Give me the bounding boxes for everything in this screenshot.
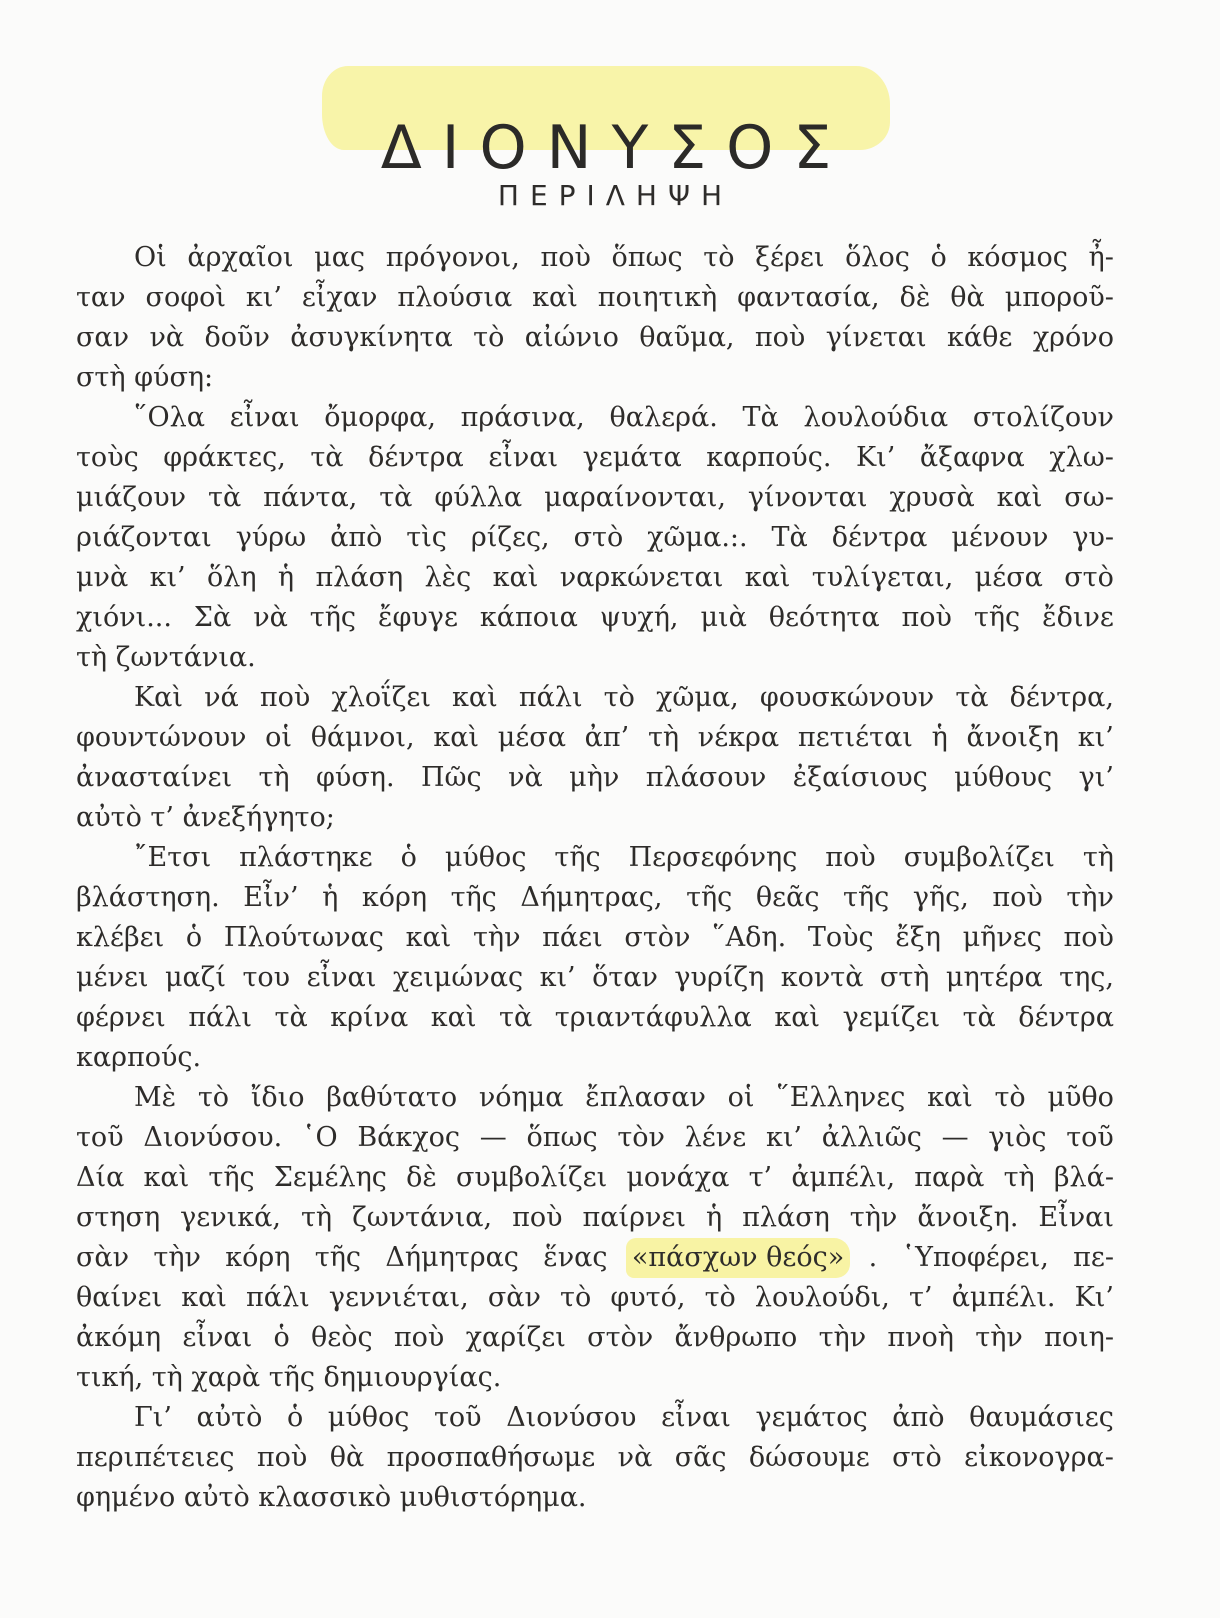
word: τὶς (406, 518, 447, 558)
word: ἄνοιξη (967, 718, 1060, 758)
word: ὅταν (592, 958, 658, 998)
word: πετιέται (798, 718, 913, 758)
word: στηση (76, 1198, 160, 1238)
word: μιὰ (700, 598, 746, 638)
highlighted-phrase: «πάσχων θεός» (626, 1238, 850, 1278)
word: πλάστηκε (239, 838, 373, 878)
word: ὅπως (526, 1118, 597, 1158)
word: παίρνει (583, 1198, 686, 1238)
word: λουλούδι, (755, 1278, 890, 1318)
word: καὶ (144, 1158, 190, 1198)
text-line: Οἱἀρχαῖοιμαςπρόγονοι,ποὺὅπωςτὸξέρειὅλοςὁ… (76, 238, 1114, 278)
word: καρπούς. (706, 438, 831, 478)
word: τὰ (963, 998, 996, 1038)
word: πάλι (519, 678, 583, 718)
text-line: ῎ΕτσιπλάστηκεὁμύθοςτῆςΠερσεφόνηςποὺσυμβο… (76, 838, 1114, 878)
word: κάποια (480, 598, 578, 638)
word: εἰκονογρα- (964, 1438, 1114, 1478)
word: ποὺ (755, 318, 805, 358)
word: τὸ (703, 238, 734, 278)
word: τὰ (499, 998, 532, 1038)
word: δέντρα (368, 438, 464, 478)
word: μύθος (445, 838, 527, 878)
word: ἀμπέλι. (952, 1278, 1056, 1318)
word: φύλλα (434, 478, 522, 518)
word: ποὺ (394, 1318, 444, 1358)
word: δὲ (406, 1158, 437, 1198)
word: ποιητικὴ (598, 278, 717, 318)
summary-body: Οἱἀρχαῖοιμαςπρόγονοι,ποὺὅπωςτὸξέρειὅλοςὁ… (76, 238, 1114, 1518)
word: ἄξαφνα (920, 438, 1025, 478)
word: τὴ (1083, 838, 1114, 878)
word: οἱ (265, 718, 292, 758)
word: ὅλη (207, 558, 257, 598)
word: πάντα, (263, 478, 357, 518)
word: Διονύσου. (143, 1118, 282, 1158)
word: ὁ (930, 238, 946, 278)
word: Περσεφόνης (629, 838, 798, 878)
word: ἐξαίσιους (793, 758, 928, 798)
word: θὰ (330, 1438, 365, 1478)
word: τὴ (1004, 1158, 1035, 1198)
word: περιπέτειες (76, 1438, 235, 1478)
word: καὶ (433, 718, 479, 758)
word: λὲς (425, 558, 472, 598)
word: Εἶναι (1038, 1198, 1114, 1238)
word: τὸ (473, 318, 504, 358)
word: Πλούτωνας (224, 918, 384, 958)
word: εἶναι (230, 398, 300, 438)
word: ψυχή, (600, 598, 679, 638)
text-line: χιόνι...Σὰνὰτῆςἔφυγεκάποιαψυχή,μιὰθεότητ… (76, 598, 1114, 638)
word: σὰν (76, 1238, 129, 1278)
word: εἶναι (661, 1398, 731, 1438)
word: τοῦ (434, 1398, 482, 1438)
word: φουντώνουν (76, 718, 246, 758)
word: ὁ (273, 1318, 289, 1358)
word: μύθος (328, 1398, 410, 1438)
word: εἶναι (307, 958, 377, 998)
word: συμβολίζει (904, 838, 1055, 878)
word: ποὺ (257, 1438, 307, 1478)
word: μύθους (954, 758, 1052, 798)
word: σαν (76, 318, 129, 358)
word: μένει (76, 958, 149, 998)
word: του (242, 958, 290, 998)
word: ποὺ (992, 878, 1042, 918)
paragraph: Οἱἀρχαῖοιμαςπρόγονοι,ποὺὅπωςτὸξέρειὅλοςὁ… (76, 238, 1114, 398)
word: σὰν (488, 1278, 541, 1318)
word: Βάκχος (357, 1118, 460, 1158)
word: — (942, 1118, 969, 1158)
word: τὸ (198, 1078, 229, 1118)
word: δὲ (900, 278, 931, 318)
word: χλω- (1049, 438, 1114, 478)
word: κι’ (150, 558, 186, 598)
word: ποὺ (260, 678, 310, 718)
word: καὶ (181, 1278, 227, 1318)
word: τῆς (315, 1238, 361, 1278)
word: χιόνι... (76, 598, 172, 638)
word: λένε (685, 1118, 747, 1158)
word: σω- (1064, 478, 1114, 518)
word: νὰ (253, 598, 288, 638)
paragraph: ῎ΕτσιπλάστηκεὁμύθοςτῆςΠερσεφόνηςποὺσυμβο… (76, 838, 1114, 1078)
word: γεμάτος (755, 1398, 867, 1438)
word: γυρίζη (674, 958, 764, 998)
word: πάλι (188, 998, 252, 1038)
word: τὴν (473, 918, 521, 958)
word: κλέβει (76, 918, 164, 958)
word: ῎Ετσι (134, 838, 211, 878)
word: πρόγονοι, (386, 238, 520, 278)
text-line: φουντώνουνοἱθάμνοι,καὶμέσαἀπ’τὴνέκραπετι… (76, 718, 1114, 758)
word: καὶ (431, 998, 477, 1038)
word: ῾Ο (302, 1118, 338, 1158)
word: φουσκώνουν (760, 678, 934, 718)
word: τῆς (554, 838, 600, 878)
word: θαίνει (76, 1278, 162, 1318)
word: τῆς (686, 878, 732, 918)
word: ποιη- (1044, 1318, 1114, 1358)
word: Οἱ (134, 238, 167, 278)
word: εἶχαν (302, 278, 378, 318)
word: οἱ (728, 1078, 755, 1118)
word: φράκτες, (163, 438, 286, 478)
word: θὰ (950, 278, 985, 318)
word: τὸ (604, 678, 635, 718)
text-line: ΔίακαὶτῆςΣεμέληςδὲσυμβολίζειμονάχατ’ἀμπέ… (76, 1158, 1114, 1198)
word: καὶ (493, 558, 539, 598)
word: Πῶς (421, 758, 482, 798)
word: . (869, 1238, 878, 1278)
word: νόημα (479, 1078, 564, 1118)
word: χειμώνας (393, 958, 523, 998)
title-block: ΔΙΟΝΥΣΟΣ (322, 66, 890, 150)
word: παρὰ (914, 1158, 984, 1198)
word: κι’ (766, 1118, 802, 1158)
word: γιὸς (988, 1118, 1046, 1158)
word: συμβολίζει (456, 1158, 607, 1198)
word: τ’ (909, 1278, 933, 1318)
text-line: μιάζουντὰπάντα,τὰφύλλαμαραίνονται,γίνοντ… (76, 478, 1114, 518)
word: πλούσια (397, 278, 512, 318)
document-page: ΔΙΟΝΥΣΟΣ ΠΕΡΙΛΗΨΗ Οἱἀρχαῖοιμαςπρόγονοι,π… (0, 0, 1220, 1618)
word: μαραίνονται, (544, 478, 726, 518)
word: στὸν (624, 918, 690, 958)
word: δέντρα, (1010, 678, 1114, 718)
word: γεμίζει (843, 998, 940, 1038)
word: της, (1059, 958, 1114, 998)
word: δέντρα (1018, 998, 1114, 1038)
text-line: φημένο αὐτὸ κλασσικὸ μυθιστόρημα. (76, 1478, 1114, 1518)
text-line: Καὶνάποὺχλοΐζεικαὶπάλιτὸχῶμα,φουσκώνουντ… (76, 678, 1114, 718)
word: θεὸς (311, 1318, 373, 1358)
word: τ’ (749, 1158, 773, 1198)
text-line: ἀκόμηεἶναιὁθεὸςποὺχαρίζειστὸνἄνθρωποτὴνπ… (76, 1318, 1114, 1358)
word: ἴδιο (251, 1078, 305, 1118)
word: ἀσυγκίνητα (290, 318, 452, 358)
word: ποὺ (902, 598, 952, 638)
word: Δήμητρας, (520, 878, 662, 918)
word: ἀνασταίνει (76, 758, 232, 798)
word: φέρνει (76, 998, 166, 1038)
text-line: φέρνειπάλιτὰκρίνακαὶτὰτριαντάφυλλακαὶγεμ… (76, 998, 1114, 1038)
word: τυλίγεται, (812, 558, 954, 598)
text-line: ῞Ολαεἶναιὄμορφα,πράσινα,θαλερά.Τὰλουλούδ… (76, 398, 1114, 438)
word: μιάζουν (76, 478, 186, 518)
word: ἀκόμη (76, 1318, 161, 1358)
word: ὄμορφα, (324, 398, 436, 438)
text-line: περιπέτειεςποὺθὰπροσπαθήσωμενὰσᾶςδώσουμε… (76, 1438, 1114, 1478)
word: θαῦμα, (639, 318, 734, 358)
word: μῦθο (1047, 1078, 1113, 1118)
word: τῆς (451, 878, 497, 918)
word: κάθε (947, 318, 1012, 358)
word: εἶναι (182, 1318, 252, 1358)
word: ῾Υποφέρει, (902, 1238, 1049, 1278)
word: γεμάτα (583, 438, 682, 478)
word: θεότητα (769, 598, 880, 638)
word: καὶ (452, 678, 498, 718)
word: στὸν (587, 1318, 653, 1358)
word: χῶμα.:. (647, 518, 747, 558)
word: γεννιέται, (329, 1278, 469, 1318)
word: πλάση (742, 1198, 830, 1238)
word: πνοὴ (887, 1318, 954, 1358)
text-line: καρπούς. (76, 1038, 1114, 1078)
word: ῞Αδη. (712, 918, 786, 958)
word: κι’ (1078, 718, 1114, 758)
word: μονάχα (626, 1158, 729, 1198)
word: ὁ (401, 838, 417, 878)
text-line: τὴ ζωντάνια. (76, 638, 1114, 678)
word: μαζί (165, 958, 226, 998)
word: μνὰ (76, 558, 128, 598)
word: ἀμπέλι, (791, 1158, 895, 1198)
paragraph: Καὶνάποὺχλοΐζεικαὶπάλιτὸχῶμα,φουσκώνουντ… (76, 678, 1114, 838)
word: τὰ (955, 678, 988, 718)
word: στὴ (880, 958, 930, 998)
word: δοῦν (205, 318, 270, 358)
word: μὴν (569, 758, 619, 798)
word: τοῦ (1066, 1118, 1114, 1158)
word: θαλερά. (610, 398, 718, 438)
word: ἡ (706, 1198, 722, 1238)
text-line: τοῦΔιονύσου.῾ΟΒάκχος—ὅπωςτὸνλένεκι’ἀλλιῶ… (76, 1118, 1114, 1158)
word: καὶ (532, 278, 578, 318)
word: χρυσὰ (889, 478, 974, 518)
word: φαντασία, (737, 278, 880, 318)
word: θεᾶς (756, 878, 820, 918)
word: τὸν (617, 1118, 665, 1158)
word: στὸ (892, 1438, 942, 1478)
word: σᾶς (675, 1438, 727, 1478)
page-title: ΔΙΟΝΥΣΟΣ (322, 112, 890, 184)
paragraph: Γι’αὐτὸὁμύθοςτοῦΔιονύσουεἶναιγεμάτοςἀπὸθ… (76, 1398, 1114, 1518)
word: Εἶν’ (243, 878, 298, 918)
word: ξέρει (755, 238, 824, 278)
text-line: μένειμαζίτουεἶναιχειμώναςκι’ὅτανγυρίζηκο… (76, 958, 1114, 998)
text-line: βλάστηση.Εἶν’ἡκόρητῆςΔήμητρας,τῆςθεᾶςτῆς… (76, 878, 1114, 918)
word: κόρη (225, 1238, 290, 1278)
word: τοῦ (76, 1118, 124, 1158)
word: τὴν (850, 1198, 898, 1238)
word: δώσουμε (749, 1438, 870, 1478)
word: μέσα (975, 558, 1043, 598)
word: Δήμητρας (385, 1238, 519, 1278)
word: ναρκώνεται (560, 558, 724, 598)
word: τῆς (208, 1158, 254, 1198)
word: τὸ (995, 1078, 1026, 1118)
word: φυτό, (610, 1278, 685, 1318)
word: μέσα (498, 718, 566, 758)
word: κόρη (362, 878, 427, 918)
word: καὶ (927, 1078, 973, 1118)
text-line: τική, τὴ χαρὰ τῆς δημιουργίας. (76, 1358, 1114, 1398)
word: τὰ (310, 438, 343, 478)
word: τῆς (310, 598, 356, 638)
word: στὸ (574, 518, 624, 558)
word: καὶ (745, 558, 791, 598)
word: ὅπως (612, 238, 683, 278)
word: ῞Ελληνες (776, 1078, 905, 1118)
text-line: τοὺςφράκτες,τὰδέντραεἶναιγεμάτακαρπούς.Κ… (76, 438, 1114, 478)
word: ἡ (932, 718, 948, 758)
word: Σὰ (194, 598, 231, 638)
word: ἡ (322, 878, 338, 918)
word: — (480, 1118, 507, 1158)
text-line: Μὲτὸἴδιοβαθύτατονόημαἔπλασανοἱ῞Ελληνεςκα… (76, 1078, 1114, 1118)
word: τοὺς (76, 438, 139, 478)
word: πε- (1073, 1238, 1114, 1278)
text-line: μνὰκι’ὅληἡπλάσηλὲςκαὶναρκώνεταικαὶτυλίγε… (76, 558, 1114, 598)
word: λουλούδια (804, 398, 949, 438)
word: ἦ- (1089, 238, 1114, 278)
word: κι’ (246, 278, 282, 318)
paragraph: ῞Ολαεἶναιὄμορφα,πράσινα,θαλερά.Τὰλουλούδ… (76, 398, 1114, 678)
word: ὁ (287, 1398, 303, 1438)
word: φύση. (316, 758, 395, 798)
word: στολίζουν (973, 398, 1114, 438)
page-subtitle: ΠΕΡΙΛΗΨΗ (0, 178, 1220, 214)
word: Μὲ (134, 1078, 176, 1118)
text-line: ριάζονταιγύρωἀπὸτὶςρίζες,στὸχῶμα.:.Τὰδέν… (76, 518, 1114, 558)
word: ὁ (186, 918, 202, 958)
word: θάμνοι, (311, 718, 415, 758)
word: τριαντάφυλλα (555, 998, 752, 1038)
word: γῆς, (913, 878, 969, 918)
word: ρίζες, (471, 518, 550, 558)
word: καὶ (406, 918, 452, 958)
text-line: ἀνασταίνειτὴφύση.Πῶςνὰμὴνπλάσουνἐξαίσιου… (76, 758, 1114, 798)
word: Διονύσου (506, 1398, 636, 1438)
word: σοφοὶ (146, 278, 226, 318)
word: γι’ (1079, 758, 1114, 798)
word: χλοΐζει (331, 678, 431, 718)
word: καὶ (997, 478, 1043, 518)
word: τὴν (975, 1318, 1023, 1358)
word: στὸ (1064, 558, 1114, 598)
word: γίνονται (748, 478, 868, 518)
word: πάλι (246, 1278, 310, 1318)
word: ριάζονται (76, 518, 212, 558)
word: τὰ (275, 998, 308, 1038)
word: χῶμα, (656, 678, 739, 718)
word: μας (314, 238, 365, 278)
word: τὴ (301, 1198, 332, 1238)
word: τὴν (1066, 878, 1114, 918)
word: καὶ (774, 998, 820, 1038)
text-line: σαννὰδοῦνἀσυγκίνητατὸαἰώνιοθαῦμα,ποὺγίνε… (76, 318, 1114, 358)
text-line: τανσοφοὶκι’εἶχανπλούσιακαὶποιητικὴφαντασ… (76, 278, 1114, 318)
word: ἔξη (895, 918, 941, 958)
word: ποὺ (825, 838, 875, 878)
word: τὸ (705, 1278, 736, 1318)
word: νέκρα (698, 718, 779, 758)
word: κρίνα (330, 998, 408, 1038)
word: μητέρα (946, 958, 1043, 998)
word: ἀλλιῶς (822, 1118, 922, 1158)
word: πλάσουν (646, 758, 767, 798)
word: ποὺ (540, 238, 590, 278)
text-line: Γι’αὐτὸὁμύθοςτοῦΔιονύσουεἶναιγεμάτοςἀπὸθ… (76, 1398, 1114, 1438)
word: γενικά, (180, 1198, 281, 1238)
word: θαυμάσιες (969, 1398, 1114, 1438)
word: μένουν (951, 518, 1048, 558)
word: ἀπ’ (585, 718, 630, 758)
word: αἰώνιο (525, 318, 619, 358)
word: ποὺ (1064, 918, 1114, 958)
text-line: κλέβειὁΠλούτωναςκαὶτὴνπάειστὸν῞Αδη.Τοὺςἔ… (76, 918, 1114, 958)
word: βαθύτατο (326, 1078, 457, 1118)
word: Γι’ (134, 1398, 172, 1438)
word: Σεμέλης (274, 1158, 387, 1198)
paragraph: Μὲτὸἴδιοβαθύτατονόημαἔπλασανοἱ῞Ελληνεςκα… (76, 1078, 1114, 1398)
word: γυ- (1072, 518, 1114, 558)
word: βλά- (1054, 1158, 1114, 1198)
word: γίνεται (826, 318, 927, 358)
word: προσπαθήσωμε (387, 1438, 596, 1478)
word: ἀπὸ (892, 1398, 944, 1438)
word: μποροῦ- (1005, 278, 1114, 318)
word: πράσινα, (461, 398, 585, 438)
word: ἄνθρωπο (675, 1318, 798, 1358)
text-line: θαίνεικαὶπάλιγεννιέται,σὰντὸφυτό,τὸλουλο… (76, 1278, 1114, 1318)
word: Καὶ (134, 678, 183, 718)
word: πλάση (315, 558, 403, 598)
text-line: στὴ φύση: (76, 358, 1114, 398)
word: Τὰ (772, 518, 808, 558)
word: τῆς (843, 878, 889, 918)
word: νὰ (149, 318, 184, 358)
word: ἀρχαῖοι (187, 238, 293, 278)
word: αὐτὸ (197, 1398, 263, 1438)
word: ἡ (278, 558, 294, 598)
word: ἀπὸ (330, 518, 382, 558)
word: εἶναι (488, 438, 558, 478)
word: χαρίζει (466, 1318, 566, 1358)
word: τὴν (153, 1238, 201, 1278)
word: νά (204, 678, 239, 718)
word: βλάστηση. (76, 878, 220, 918)
word: ἕνας (543, 1238, 607, 1278)
word: γύρω (236, 518, 306, 558)
word: ῞Ολα (134, 398, 205, 438)
word: Κι’ (1075, 1278, 1114, 1318)
word: χρόνο (1033, 318, 1114, 358)
word: ἔδινε (1042, 598, 1114, 638)
